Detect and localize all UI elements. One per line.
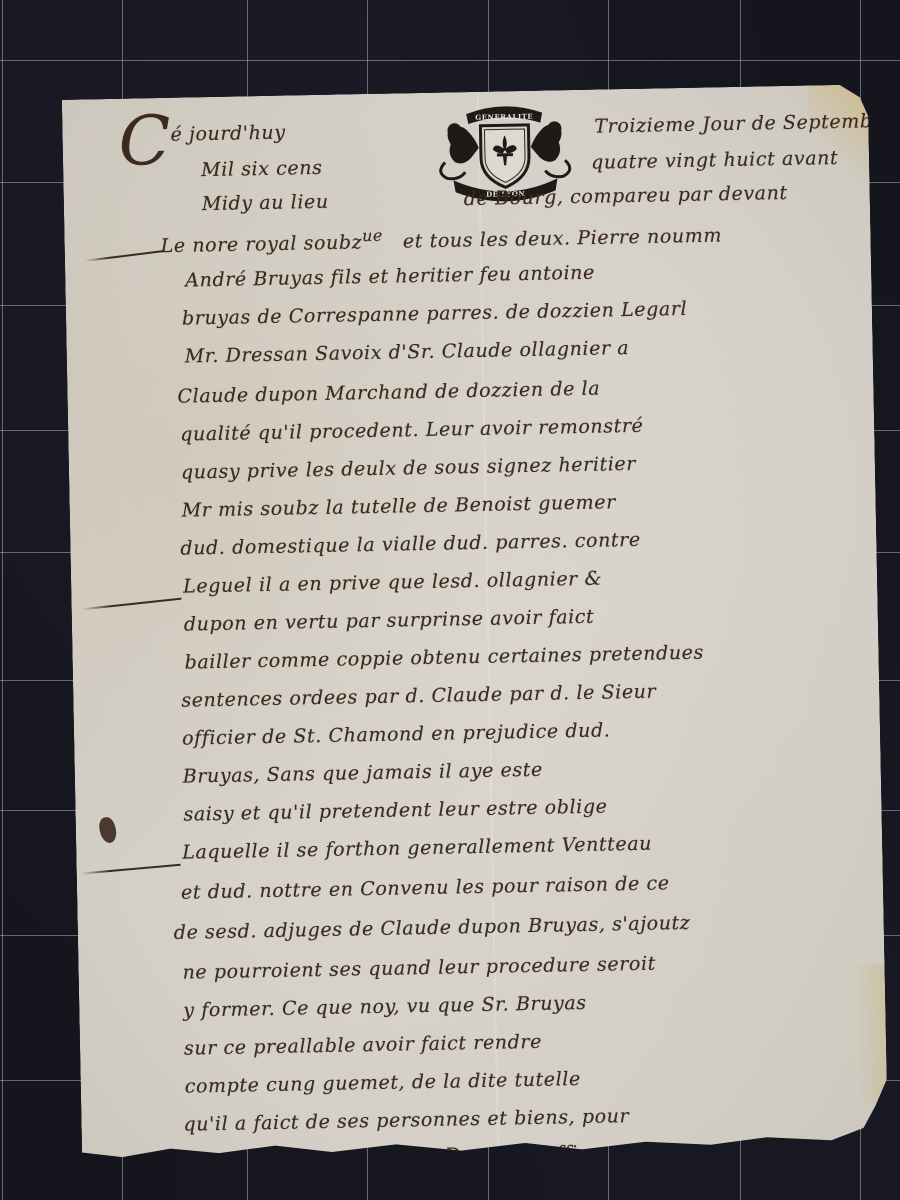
manuscript-line: dupon en vertu par surprinse avoir faict (184, 606, 595, 636)
manuscript-line: é jourd'huy (170, 122, 286, 146)
manuscript-line: et dud. nottre en Convenu les pour raiso… (181, 872, 670, 903)
manuscript-line: quasy prive les deulx de sous signez her… (181, 453, 636, 484)
manuscript-line: qualité qu'il procedent. Leur avoir remo… (180, 415, 644, 446)
manuscript-line: Mr. Dressan Savoix d'Sr. Claude ollagnie… (185, 337, 630, 368)
grid-line (2, 0, 3, 1200)
line-flourish (82, 598, 182, 611)
photo-scene: GENERALITE DE L (0, 0, 900, 1200)
manuscript-line: Midy au lieu (202, 191, 329, 215)
manuscript-line: officier de St. Chamond en prejudice dud… (182, 719, 611, 749)
manuscript-line: qu'il a faict de ses personnes et biens,… (183, 1105, 629, 1136)
manuscript-line: de Bourg, compareu par devant (464, 182, 788, 210)
manuscript-line: de sesd. adjuges de Claude dupon Bruyas,… (174, 912, 691, 944)
manuscript-line: André Bruyas fils et heritier feu antoin… (185, 262, 595, 292)
line-flourish (85, 250, 165, 262)
manuscript-line: Bruyas, Sans que jamais il aye este (183, 759, 543, 788)
manuscript-line: Claude dupon Marchand de dozzien de la (177, 378, 600, 408)
manuscript-line: saisy et qu'il pretendent leur estre obl… (183, 795, 607, 825)
handwritten-text-block: C é jourd'huy Troizieme Jour de Septembr… (62, 84, 888, 1169)
grid-line (0, 60, 900, 61)
manuscript-line: dud. domestique la vialle dud. parres. c… (180, 529, 641, 560)
manuscript-line: quatre vingt huict avant (591, 147, 839, 174)
manuscript-line: bruyas de Correspanne parres. de dozzien… (182, 298, 688, 330)
manuscript-line: sentences ordees par d. Claude par d. le… (181, 681, 656, 712)
superscript-note: ue (362, 226, 383, 245)
manuscript-line: Mr mis soubz la tutelle de Benoist gueme… (182, 491, 616, 521)
decorated-initial: C (118, 108, 171, 177)
manuscript-line: Troizieme Jour de Septembre (594, 110, 894, 138)
manuscript-line: Mil six cens (201, 157, 323, 181)
manuscript-line: sur ce preallable avoir faict rendre (184, 1031, 542, 1060)
manuscript-line: y former. Ce que noy, vu que Sr. Bruyas (183, 992, 587, 1022)
manuscript-page: GENERALITE DE L (62, 84, 888, 1169)
manuscript-line: ne pourroient ses quand leur procedure s… (182, 953, 656, 984)
manuscript-line: Le nore royal soubzue et tous les deux. … (160, 219, 722, 257)
manuscript-line: Leguel il a en prive que lesd. ollagnier… (183, 568, 602, 598)
manuscript-line: bailler comme coppie obtenu certaines pr… (184, 642, 704, 674)
manuscript-line: Laquelle il se forthon generallement Ven… (182, 833, 652, 864)
manuscript-line: compte cung guemet, de la dite tutelle (185, 1068, 581, 1098)
line-flourish (81, 864, 181, 875)
